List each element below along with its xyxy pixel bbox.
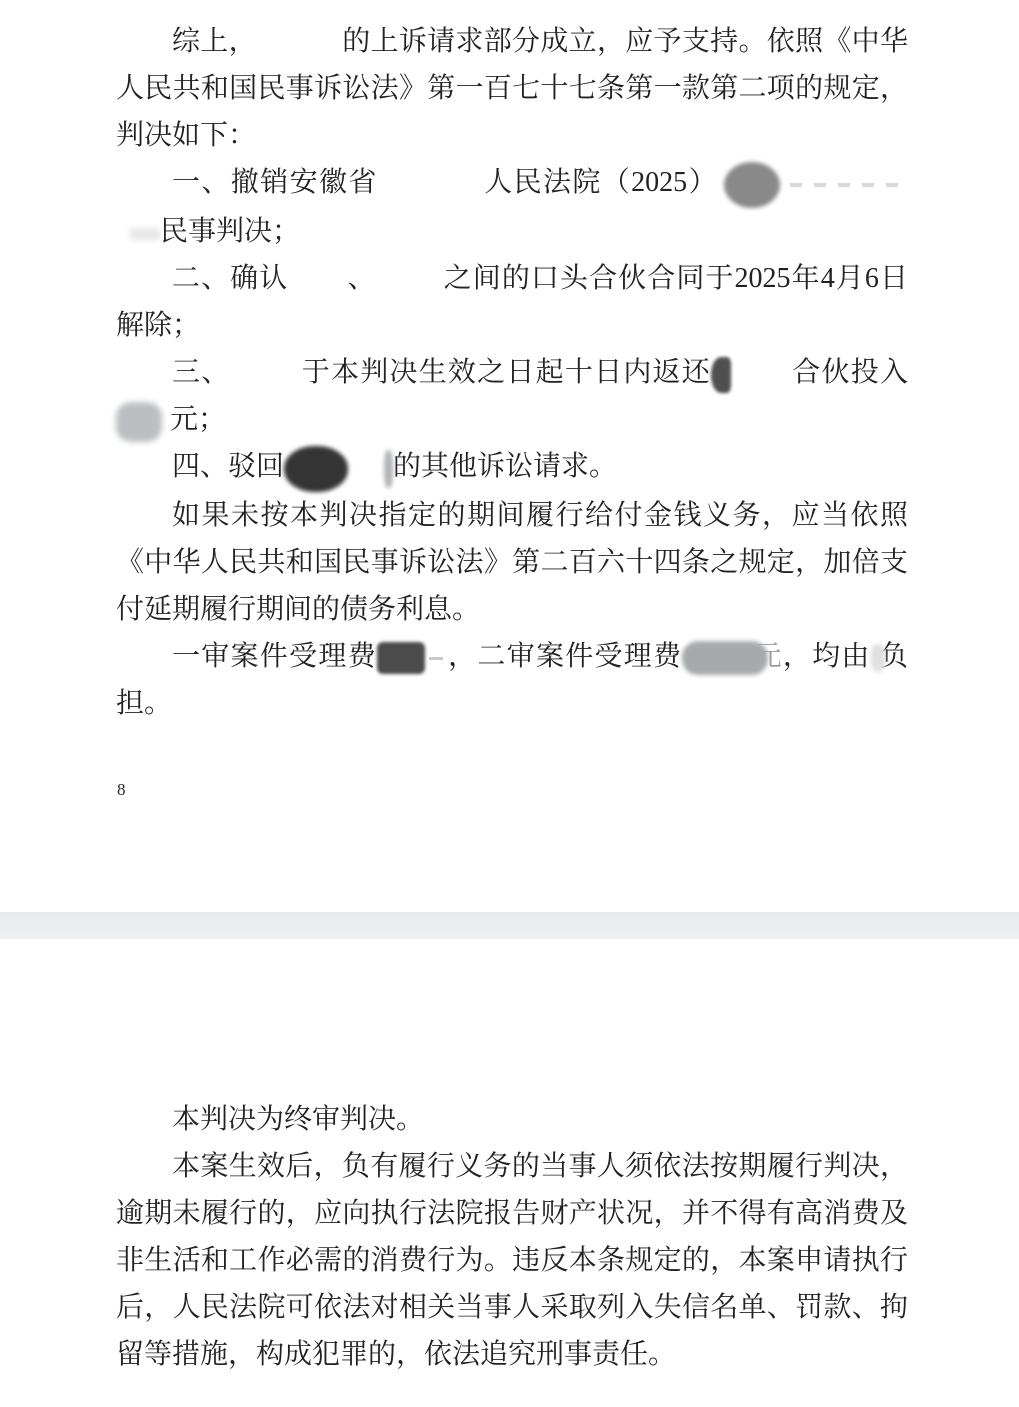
redaction-faint-smudge <box>130 228 160 240</box>
item3-text-mid: 于本判决生效之日起十日内返还 <box>300 357 711 388</box>
redacted-blank-payee <box>731 361 791 389</box>
redaction-blur-party <box>284 446 348 492</box>
fee-text-mid: ，二审案件受理费 <box>447 641 682 672</box>
item2-separator: 、 <box>346 263 376 294</box>
redacted-blank-party <box>348 455 384 483</box>
redaction-blur-payee <box>711 357 731 393</box>
item4-text-post: 的其他诉讼请求。 <box>393 451 617 482</box>
judgment-page-1: 综上，的上诉请求部分成立，应予支持。依照《中华人民共和国民事诉讼法》第一百七十七… <box>0 0 1019 912</box>
item1-text-post: 民事判决； <box>160 216 300 247</box>
redaction-faint-tick <box>429 657 443 660</box>
enforcement-notice: 本案生效后，负有履行义务的当事人须依法按期履行判决，逾期未履行的，应向执行法院报… <box>116 1143 908 1378</box>
page-number: 8 <box>117 780 126 800</box>
redacted-blank-appellant <box>257 30 342 58</box>
redaction-sliver <box>384 450 393 488</box>
item4-text-pre: 四、驳回 <box>172 451 284 482</box>
ruling-item-3: 三、于本判决生效之日起十日内返还合伙投入元； <box>116 349 908 443</box>
summary-text-pre: 综上， <box>172 26 257 57</box>
ruling-item-2: 二、确认、之间的口头合伙合同于2025年4月6日解除； <box>116 255 908 349</box>
judgment-page-2: 本判决为终审判决。 本案生效后，负有履行义务的当事人须依法按期履行判决，逾期未履… <box>0 939 1019 1407</box>
item3-text-tail: 元； <box>170 404 226 435</box>
page-1-content: 综上，的上诉请求部分成立，应予支持。依照《中华人民共和国民事诉讼法》第一百七十七… <box>0 0 1019 727</box>
late-payment-text: 如果未按本判决指定的期间履行给付金钱义务，应当依照《中华人民共和国民事诉讼法》第… <box>116 500 908 625</box>
redaction-blur-amount <box>116 402 162 442</box>
fee-text-post: ，均由 <box>783 641 871 672</box>
redaction-blur-fee-1 <box>377 642 425 674</box>
redacted-blank-obligor <box>230 361 300 389</box>
final-judgment-text: 本判决为终审判决。 <box>172 1104 424 1135</box>
redacted-blank-party-2 <box>377 267 443 295</box>
final-judgment-line: 本判决为终审判决。 <box>116 1096 908 1143</box>
item1-text-pre: 一、撤销安徽省 <box>172 167 378 198</box>
late-payment-clause: 如果未按本判决指定的期间履行给付金钱义务，应当依照《中华人民共和国民事诉讼法》第… <box>116 492 908 633</box>
redaction-faint-wash <box>871 644 885 672</box>
ruling-item-4: 四、驳回的其他诉讼请求。 <box>116 443 908 492</box>
document-viewer: { "page1": { "summary": { "pre": "综上，", … <box>0 0 1019 1407</box>
fee-text-pre: 一审案件受理费 <box>172 641 377 672</box>
redacted-blank-small <box>162 408 170 436</box>
page-separator <box>0 912 1019 939</box>
item3-text-post: 合伙投入 <box>791 357 908 388</box>
item2-text-pre: 二、确认 <box>172 263 288 294</box>
redacted-blank-court-name <box>378 171 483 199</box>
redaction-blur-fee-2 <box>682 641 768 675</box>
redaction-faint-dashes <box>790 183 908 187</box>
summary-paragraph: 综上，的上诉请求部分成立，应予支持。依照《中华人民共和国民事诉讼法》第一百七十七… <box>116 18 908 159</box>
item1-text-mid: 人民法院（2025） <box>483 167 718 198</box>
court-fee-clause: 一审案件受理费，二审案件受理费元，均由负担。 <box>116 633 908 727</box>
redaction-blur-case-number <box>724 162 780 208</box>
ruling-item-1: 一、撤销安徽省人民法院（2025）皖民事判决； <box>116 159 908 255</box>
page-2-content: 本判决为终审判决。 本案生效后，负有履行义务的当事人须依法按期履行判决，逾期未履… <box>0 939 1019 1378</box>
redacted-blank-party-1 <box>288 267 346 295</box>
enforcement-text: 本案生效后，负有履行义务的当事人须依法按期履行判决，逾期未履行的，应向执行法院报… <box>116 1151 908 1370</box>
item3-text-pre: 三、 <box>172 357 230 388</box>
